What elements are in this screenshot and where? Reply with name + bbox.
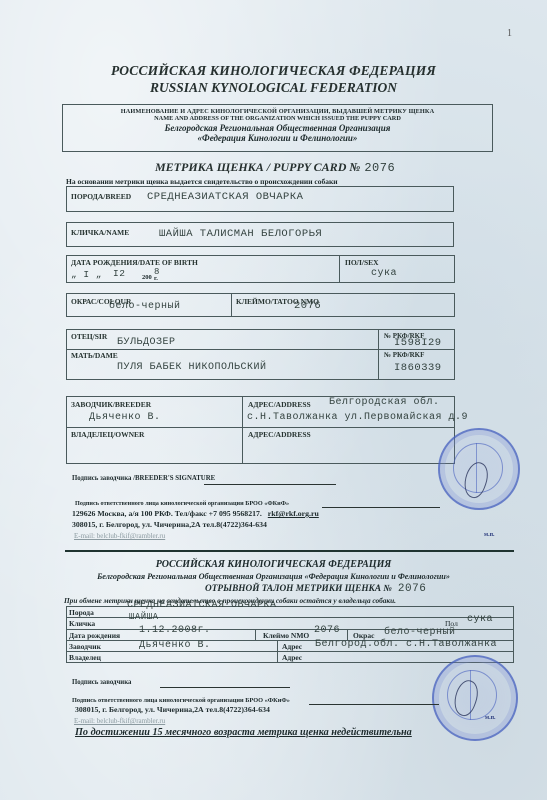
dam-rkf-label: № РКФ/RKF xyxy=(384,351,424,359)
stub-number: 2076 xyxy=(398,583,426,595)
stub-breeder-signature-line[interactable] xyxy=(160,687,290,688)
stub-local-email-link[interactable]: E-mail: belclub-fkif@rambler.ru xyxy=(74,717,165,725)
sex-label: ПОЛ/SEX xyxy=(345,258,379,267)
dob-year-unit: г. xyxy=(154,275,158,282)
sex-value: сука xyxy=(371,268,397,279)
stub-owner-label: Владелец xyxy=(69,653,101,662)
stub-title-text: ОТРЫВНОЙ ТАЛОН МЕТРИКИ ЩЕНКА № xyxy=(205,584,392,594)
parents-table: ОТЕЦ/SIR БУЛЬДОЗЕР № РКФ/RKF I598I29 МАТ… xyxy=(66,329,455,380)
breeder-address-line-1: Белгородская обл. xyxy=(329,397,440,408)
rkf-email-link[interactable]: rkf@rkf.org.ru xyxy=(268,509,319,518)
name-field: КЛИЧКА/NAME ШАЙША ТАЛИСМАН БЕЛОГОРЬЯ xyxy=(66,222,454,247)
stub-breeder-address-label: Адрес xyxy=(282,642,302,651)
breeder-label: ЗАВОДЧИК/BREEDER xyxy=(71,400,151,409)
breed-value: СРЕДНЕАЗИАТСКАЯ ОВЧАРКА xyxy=(147,191,303,203)
official-signature-label: Подпись ответственного лица кинологическ… xyxy=(75,500,289,507)
federation-title-en: RUSSIAN KYNOLOGICAL FEDERATION xyxy=(0,80,547,96)
breeder-owner-table: ЗАВОДЧИК/BREEDER Дьяченко В. АДРЕС/ADDRE… xyxy=(66,396,455,464)
org-label-en: NAME AND ADDRESS OF THE ORGANIZATION WHI… xyxy=(63,115,492,122)
stub-breeder-address-value: Белгород.обл. с.Н.Таволжанка xyxy=(315,639,497,650)
stub-title: ОТРЫВНОЙ ТАЛОН МЕТРИКИ ЩЕНКА №2076 xyxy=(205,583,426,595)
stub-colour-value: бело-черный xyxy=(384,627,456,638)
stub-stamp-mark-label: м.п. xyxy=(485,715,496,721)
stub-official-signature-label: Подпись ответственного лица кинологическ… xyxy=(72,697,290,704)
stub-name-value: ШАЙША xyxy=(129,612,159,622)
breeder-value: Дьяченко В. xyxy=(89,412,161,423)
validity-note: По достижении 15 месячного возраста метр… xyxy=(75,727,412,738)
stub-name-label: Кличка xyxy=(69,619,95,628)
stub-breeder-value: Дьяченко В. xyxy=(139,640,211,651)
stub-federation-title: РОССИЙСКАЯ КИНОЛОГИЧЕСКАЯ ФЕДЕРАЦИЯ xyxy=(0,559,547,570)
tattoo-value: 2076 xyxy=(294,300,321,312)
dam-rkf-value: I860339 xyxy=(394,362,442,374)
stub-organization-title: Белгородская Региональная Общественная О… xyxy=(0,572,547,581)
stub-owner-address-label: Адрес xyxy=(282,653,302,662)
org-name-line-2: «Федерация Кинологии и Фелинологии» xyxy=(63,133,492,143)
stub-tattoo-value: 2076 xyxy=(314,625,340,636)
dob-day: „ I „ xyxy=(71,269,102,280)
stub-breed-label: Порода xyxy=(69,608,94,617)
puppy-card-title-text: МЕТРИКА ЩЕНКА / PUPPY CARD № xyxy=(155,160,360,174)
local-address: 308015, г. Белгород, ул. Чичерина,2А тел… xyxy=(72,520,267,529)
dob-month: I2 xyxy=(113,268,125,279)
org-label-ru: НАИМЕНОВАНИЕ И АДРЕС КИНОЛОГИЧЕСКОЙ ОРГА… xyxy=(63,108,492,115)
sire-value: БУЛЬДОЗЕР xyxy=(117,337,176,348)
tear-off-divider xyxy=(65,550,514,552)
sire-label: ОТЕЦ/SIR xyxy=(71,332,107,341)
stub-local-address: 308015, г. Белгород, ул. Чичерина,2А тел… xyxy=(75,705,270,714)
page-number: 1 xyxy=(507,28,512,39)
local-email-link[interactable]: E-mail: belclub-fkif@rambler.ru xyxy=(74,532,165,540)
breed-label: ПОРОДА/BREED xyxy=(71,192,131,201)
stub-tattoo-label: Клеймо NMO xyxy=(263,631,309,640)
breeder-signature-label: Подпись заводчика /BREEDER'S SIGNATURE xyxy=(72,475,215,482)
dam-label: МАТЬ/DAME xyxy=(71,351,118,360)
owner-address-label: АДРЕС/ADDRESS xyxy=(248,430,311,439)
breeder-signature-line[interactable] xyxy=(204,484,336,485)
dob-sex-row: ДАТА РОЖДЕНИЯ/DATE OF BIRTH „ I „ I2 200… xyxy=(66,255,455,283)
rkf-address-text: 129626 Москва, а/я 100 РКФ. Тел/факс +7 … xyxy=(72,509,262,518)
name-label: КЛИЧКА/NAME xyxy=(71,228,129,237)
name-value: ШАЙША ТАЛИСМАН БЕЛОГОРЬЯ xyxy=(159,228,322,240)
stub-breeder-label: Заводчик xyxy=(69,642,101,651)
basis-note: На основании метрики щенка выдается свид… xyxy=(66,177,338,186)
stub-sex-value: сука xyxy=(467,614,493,625)
official-signature-line[interactable] xyxy=(322,507,440,508)
issuing-organization-box: НАИМЕНОВАНИЕ И АДРЕС КИНОЛОГИЧЕСКОЙ ОРГА… xyxy=(62,104,493,152)
breeder-address-label: АДРЕС/ADDRESS xyxy=(248,400,311,409)
stub-breed-value: СРЕДНЕАЗИАТСКАЯ ОВЧАРКА xyxy=(127,600,277,611)
stamp-mark-label: м.п. xyxy=(484,532,495,538)
puppy-card-number: 2076 xyxy=(364,161,395,175)
stub-dob-value: 1.12.2008г. xyxy=(139,625,211,636)
dob-year-prefix: 200 xyxy=(142,274,152,281)
owner-label: ВЛАДЕЛЕЦ/OWNER xyxy=(71,430,144,439)
colour-tattoo-row: ОКРАС/COLOUR бело-черный КЛЕЙМО/TATOO NM… xyxy=(66,293,455,317)
rkf-address: 129626 Москва, а/я 100 РКФ. Тел/факс +7 … xyxy=(72,509,319,518)
breeder-address-line-2: с.Н.Таволжанка ул.Первомайская д.9 xyxy=(247,412,468,423)
stub-table: Порода СРЕДНЕАЗИАТСКАЯ ОВЧАРКА Кличка ША… xyxy=(66,606,514,663)
org-name-line-1: Белгородская Региональная Общественная О… xyxy=(63,123,492,133)
sire-rkf-value: I598I29 xyxy=(394,337,442,349)
federation-title-ru: РОССИЙСКАЯ КИНОЛОГИЧЕСКАЯ ФЕДЕРАЦИЯ xyxy=(0,63,547,79)
stub-breeder-signature-label: Подпись заводчика xyxy=(72,679,131,686)
colour-value: бело-черный xyxy=(109,301,181,312)
stub-official-signature-line[interactable] xyxy=(309,704,439,705)
dob-label: ДАТА РОЖДЕНИЯ/DATE OF BIRTH xyxy=(71,258,198,267)
breed-field: ПОРОДА/BREED СРЕДНЕАЗИАТСКАЯ ОВЧАРКА xyxy=(66,186,454,212)
dam-value: ПУЛЯ БАБЕК НИКОПОЛЬСКИЙ xyxy=(117,362,267,373)
stub-dob-label: Дата рождения xyxy=(69,631,120,640)
puppy-card-title: МЕТРИКА ЩЕНКА / PUPPY CARD №2076 xyxy=(155,160,395,175)
